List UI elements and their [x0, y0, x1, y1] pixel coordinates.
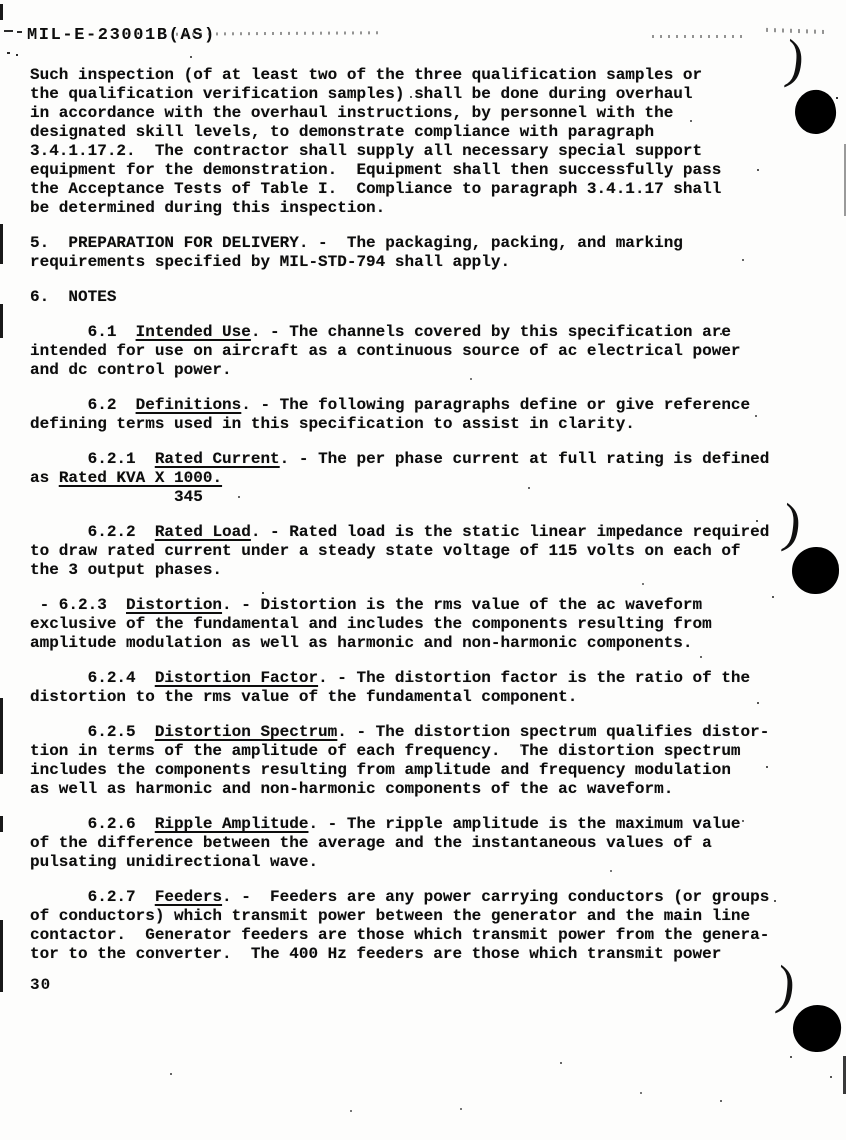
- document-body: Such inspection (of at least two of the …: [30, 66, 790, 980]
- paragraph: 6.2.7 Feeders. - Feeders are any power c…: [30, 888, 790, 964]
- text-line: requirements specified by MIL-STD-794 sh…: [30, 253, 790, 272]
- smudge-mark: [176, 31, 381, 35]
- smudge-mark: [4, 30, 13, 32]
- text-line: tor to the converter. The 400 Hz feeders…: [30, 945, 790, 964]
- paragraph: 6. NOTES: [30, 288, 790, 307]
- text-line: as Rated KVA X 1000.: [30, 469, 790, 488]
- text-line: 6.2.4 Distortion Factor. - The distortio…: [30, 669, 790, 688]
- paragraph: - 6.2.3 Distortion. - Distortion is the …: [30, 596, 790, 653]
- scanned-document-page: MIL-E-23001B(AS) Such inspection (of at …: [0, 0, 846, 1140]
- scan-edge-artifact: [0, 4, 3, 20]
- paragraph: 6.2.2 Rated Load. - Rated load is the st…: [30, 523, 790, 580]
- text-line: be determined during this inspection.: [30, 199, 790, 218]
- text-line: 6.2.6 Ripple Amplitude. - The ripple amp…: [30, 815, 790, 834]
- text-line: the qualification verification samples) …: [30, 85, 790, 104]
- text-line: includes the components resulting from a…: [30, 761, 790, 780]
- punch-hole-mark: [792, 547, 839, 594]
- text-line: and dc control power.: [30, 361, 790, 380]
- text-line: 6.2.2 Rated Load. - Rated load is the st…: [30, 523, 790, 542]
- text-line: the Acceptance Tests of Table I. Complia…: [30, 180, 790, 199]
- punch-hole-mark: [792, 87, 839, 136]
- text-line: 5. PREPARATION FOR DELIVERY. - The packa…: [30, 234, 790, 253]
- paragraph: 6.2.1 Rated Current. - The per phase cur…: [30, 450, 790, 507]
- paragraph: 6.2.4 Distortion Factor. - The distortio…: [30, 669, 790, 707]
- text-line: 6. NOTES: [30, 288, 790, 307]
- paragraph: 6.1 Intended Use. - The channels covered…: [30, 323, 790, 380]
- text-line: in accordance with the overhaul instruct…: [30, 104, 790, 123]
- text-line: 6.1 Intended Use. - The channels covered…: [30, 323, 790, 342]
- text-line: - 6.2.3 Distortion. - Distortion is the …: [30, 596, 790, 615]
- paragraph: 6.2 Definitions. - The following paragra…: [30, 396, 790, 434]
- paragraph: 6.2.6 Ripple Amplitude. - The ripple amp…: [30, 815, 790, 872]
- text-line: of conductors) which transmit power betw…: [30, 907, 790, 926]
- text-line: designated skill levels, to demonstrate …: [30, 123, 790, 142]
- smudge-mark: [652, 35, 748, 38]
- scan-edge-artifact: [0, 816, 3, 832]
- text-line: contactor. Generator feeders are those w…: [30, 926, 790, 945]
- text-line: distortion to the rms value of the funda…: [30, 688, 790, 707]
- paren-artifact: ): [783, 31, 807, 87]
- text-line: 6.2.7 Feeders. - Feeders are any power c…: [30, 888, 790, 907]
- smudge-mark: [17, 31, 22, 33]
- smudge-mark: [7, 52, 10, 54]
- punch-hole-mark: [791, 1003, 843, 1054]
- text-line: amplitude modulation as well as harmonic…: [30, 634, 790, 653]
- text-line: defining terms used in this specificatio…: [30, 415, 790, 434]
- scan-edge-artifact: [0, 224, 3, 264]
- paragraph: Such inspection (of at least two of the …: [30, 66, 790, 218]
- text-line: tion in terms of the amplitude of each f…: [30, 742, 790, 761]
- text-line: 6.2.1 Rated Current. - The per phase cur…: [30, 450, 790, 469]
- text-line: intended for use on aircraft as a contin…: [30, 342, 790, 361]
- text-line: of the difference between the average an…: [30, 834, 790, 853]
- text-line: exclusive of the fundamental and include…: [30, 615, 790, 634]
- text-line: 6.2.5 Distortion Spectrum. - The distort…: [30, 723, 790, 742]
- text-line: 345: [30, 488, 790, 507]
- text-line: 3.4.1.17.2. The contractor shall supply …: [30, 142, 790, 161]
- paragraph: 5. PREPARATION FOR DELIVERY. - The packa…: [30, 234, 790, 272]
- page-number: 30: [30, 976, 51, 994]
- text-line: to draw rated current under a steady sta…: [30, 542, 790, 561]
- text-line: the 3 output phases.: [30, 561, 790, 580]
- smudge-mark: [16, 54, 18, 56]
- paragraph: 6.2.5 Distortion Spectrum. - The distort…: [30, 723, 790, 799]
- scan-edge-artifact: [0, 698, 3, 774]
- text-line: pulsating unidirectional wave.: [30, 853, 790, 872]
- scan-noise: [0, 0, 2, 2]
- text-line: Such inspection (of at least two of the …: [30, 66, 790, 85]
- text-line: 6.2 Definitions. - The following paragra…: [30, 396, 790, 415]
- scan-edge-artifact: [0, 304, 3, 338]
- text-line: as well as harmonic and non-harmonic com…: [30, 780, 790, 799]
- text-line: equipment for the demonstration. Equipme…: [30, 161, 790, 180]
- scan-edge-artifact: [0, 920, 3, 992]
